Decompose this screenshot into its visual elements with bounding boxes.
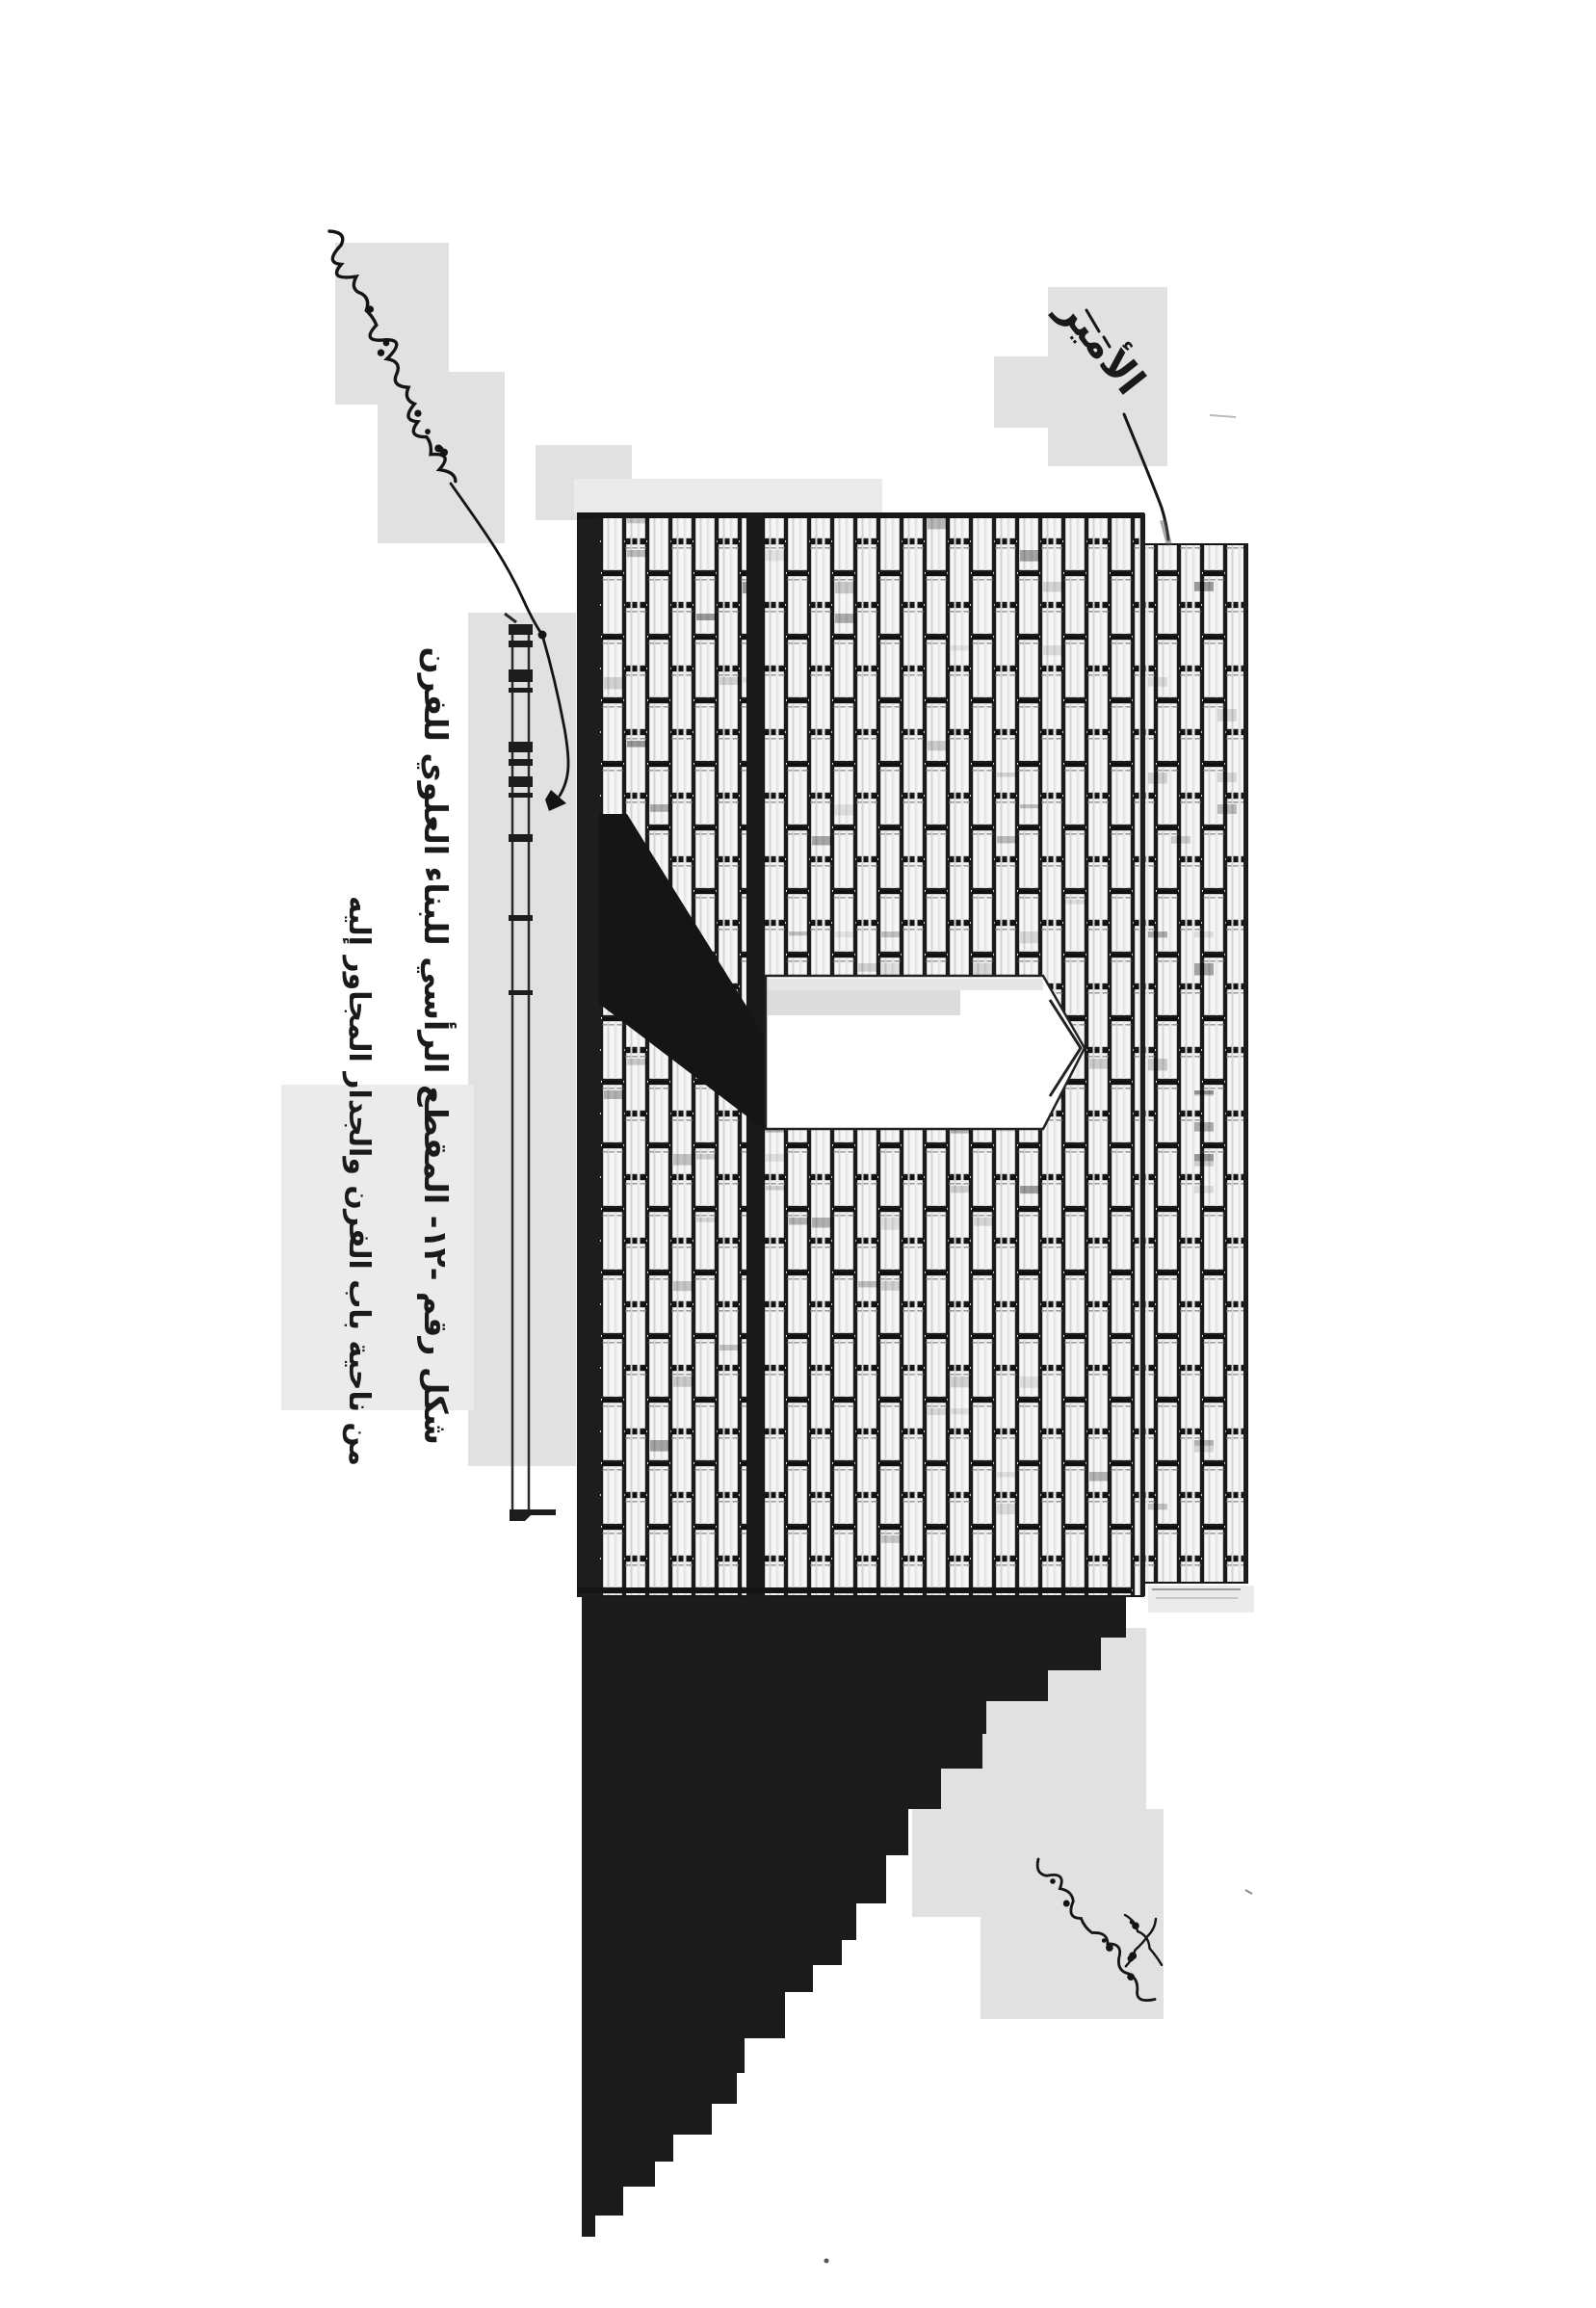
figure-caption-line-2: من ناحية باب الفرن والجدار المجاور إليه	[342, 1013, 376, 1466]
brick-smudge	[673, 1154, 693, 1166]
brick-smudge	[1043, 582, 1062, 591]
ink-dab	[414, 409, 421, 416]
ink-dab	[425, 429, 431, 434]
wall-left-edge	[578, 513, 600, 1596]
ink-dab	[378, 350, 384, 356]
ink-dab	[1106, 1944, 1113, 1952]
brick-smudge	[881, 963, 901, 976]
brick-smudge	[720, 1345, 739, 1351]
brick-smudge	[997, 773, 1016, 777]
brick-smudge	[650, 804, 669, 812]
brick-smudge	[1194, 963, 1214, 976]
brick-smudge	[1194, 1154, 1214, 1161]
wall-top-edge	[578, 513, 1143, 518]
brick-smudge	[650, 1440, 669, 1452]
brick-smudge	[1148, 931, 1167, 937]
brick-smudge	[1043, 645, 1062, 655]
brick-smudge	[928, 1408, 947, 1415]
brick-smudge	[627, 518, 646, 523]
figure-caption-line-1: شكل رقم -١٢- المقطع الرأسي للبناء العلوي…	[417, 672, 455, 1445]
brick-smudge	[1148, 677, 1167, 687]
brick-smudge	[1217, 804, 1237, 814]
faint-dash	[1210, 415, 1236, 417]
wall-right-edge	[1243, 544, 1247, 1583]
kiln-section-drawing	[0, 0, 1596, 2308]
scanned-drawing-page: شكل رقم -١٢- المقطع الرأسي للبناء العلوي…	[0, 0, 1596, 2308]
brick-smudge	[1020, 1186, 1039, 1193]
brick-smudge	[627, 1059, 646, 1065]
handwritten-scribble	[329, 231, 456, 482]
brick-smudge	[974, 1218, 993, 1226]
brick-smudge	[1217, 773, 1237, 782]
brick-smudge	[1020, 804, 1039, 808]
brick-smudge	[696, 1154, 716, 1160]
wall-bottom-edge	[578, 1587, 1126, 1593]
brick-smudge	[835, 931, 854, 937]
leader-dot	[538, 631, 547, 640]
brick-smudge	[766, 1186, 785, 1191]
brick-smudge	[696, 1218, 716, 1222]
brick-smudge	[604, 1090, 623, 1099]
brick-smudge	[1148, 773, 1167, 784]
brick-smudge	[1194, 1122, 1214, 1132]
brick-smudge	[789, 931, 808, 935]
brick-smudge	[766, 550, 785, 561]
measuring-rod	[505, 614, 556, 1521]
brick-smudge	[951, 1186, 970, 1193]
brick-smudge	[858, 1281, 877, 1287]
brick-smudge	[1089, 1059, 1109, 1069]
brick-smudge	[928, 518, 947, 529]
brick-smudge	[997, 836, 1016, 843]
brick-smudge	[720, 677, 739, 685]
ink-dab	[367, 305, 374, 312]
brick-smudge	[858, 963, 877, 972]
ink-dab	[1132, 1922, 1139, 1929]
brick-smudge	[974, 963, 993, 974]
ink-dab	[1102, 1938, 1106, 1942]
brick-smudge	[1217, 709, 1237, 721]
brick-smudge	[928, 741, 947, 750]
brick-smudge	[1171, 836, 1190, 844]
ink-speck	[1245, 1890, 1252, 1894]
brick-smudge	[1020, 1377, 1039, 1388]
doorway-arrow-slot	[766, 976, 1085, 1129]
brick-smudge	[627, 741, 646, 747]
brick-smudge	[789, 1218, 808, 1224]
rod-foot	[510, 1509, 556, 1521]
brick-smudge	[766, 1154, 785, 1162]
brick-smudge	[1194, 931, 1214, 937]
ink-dab	[1127, 1973, 1135, 1980]
brick-smudge	[627, 550, 646, 557]
brick-smudge	[1194, 1090, 1214, 1094]
wall-section-separator	[1140, 513, 1145, 1596]
stepped-shadow-triangle	[582, 1596, 1126, 2237]
brick-smudge	[1089, 1472, 1109, 1481]
brick-smudge	[1148, 1504, 1167, 1509]
brick-smudge	[1194, 1186, 1214, 1193]
brick-smudge	[881, 931, 901, 937]
brick-smudge	[673, 1377, 693, 1387]
slot-inner-shadow	[768, 979, 1043, 990]
ink-dab	[1128, 1955, 1135, 1962]
brick-smudge	[881, 1218, 901, 1230]
ink-dab	[1050, 1878, 1056, 1884]
brick-smudge	[1020, 550, 1039, 562]
leader-arrowhead	[545, 790, 566, 811]
brick-smudge	[835, 804, 854, 816]
ink-dab	[383, 340, 390, 347]
brick-smudge	[951, 1377, 970, 1387]
brick-smudge	[1148, 1059, 1167, 1070]
brick-smudge	[835, 614, 854, 623]
ink-speck	[824, 2259, 829, 2264]
brick-smudge	[835, 582, 854, 593]
brick-smudge	[673, 1281, 693, 1291]
brick-smudge	[951, 645, 970, 651]
brick-smudge	[881, 1535, 901, 1543]
brick-smudge	[1020, 931, 1039, 943]
brick-smudge	[997, 1472, 1016, 1478]
brick-smudge	[951, 1408, 970, 1414]
brick-smudge	[604, 677, 623, 689]
ink-dab	[434, 444, 442, 452]
brick-smudge	[1066, 900, 1086, 904]
ink-dab	[1063, 1901, 1070, 1907]
brick-smudge	[1194, 1440, 1214, 1446]
brick-smudge	[1194, 582, 1214, 591]
brick-smudge	[812, 1218, 831, 1227]
brick-smudge	[997, 1504, 1016, 1514]
brick-smudge	[696, 614, 716, 620]
brick-smudge	[881, 1281, 901, 1291]
brick-smudge	[812, 836, 831, 845]
